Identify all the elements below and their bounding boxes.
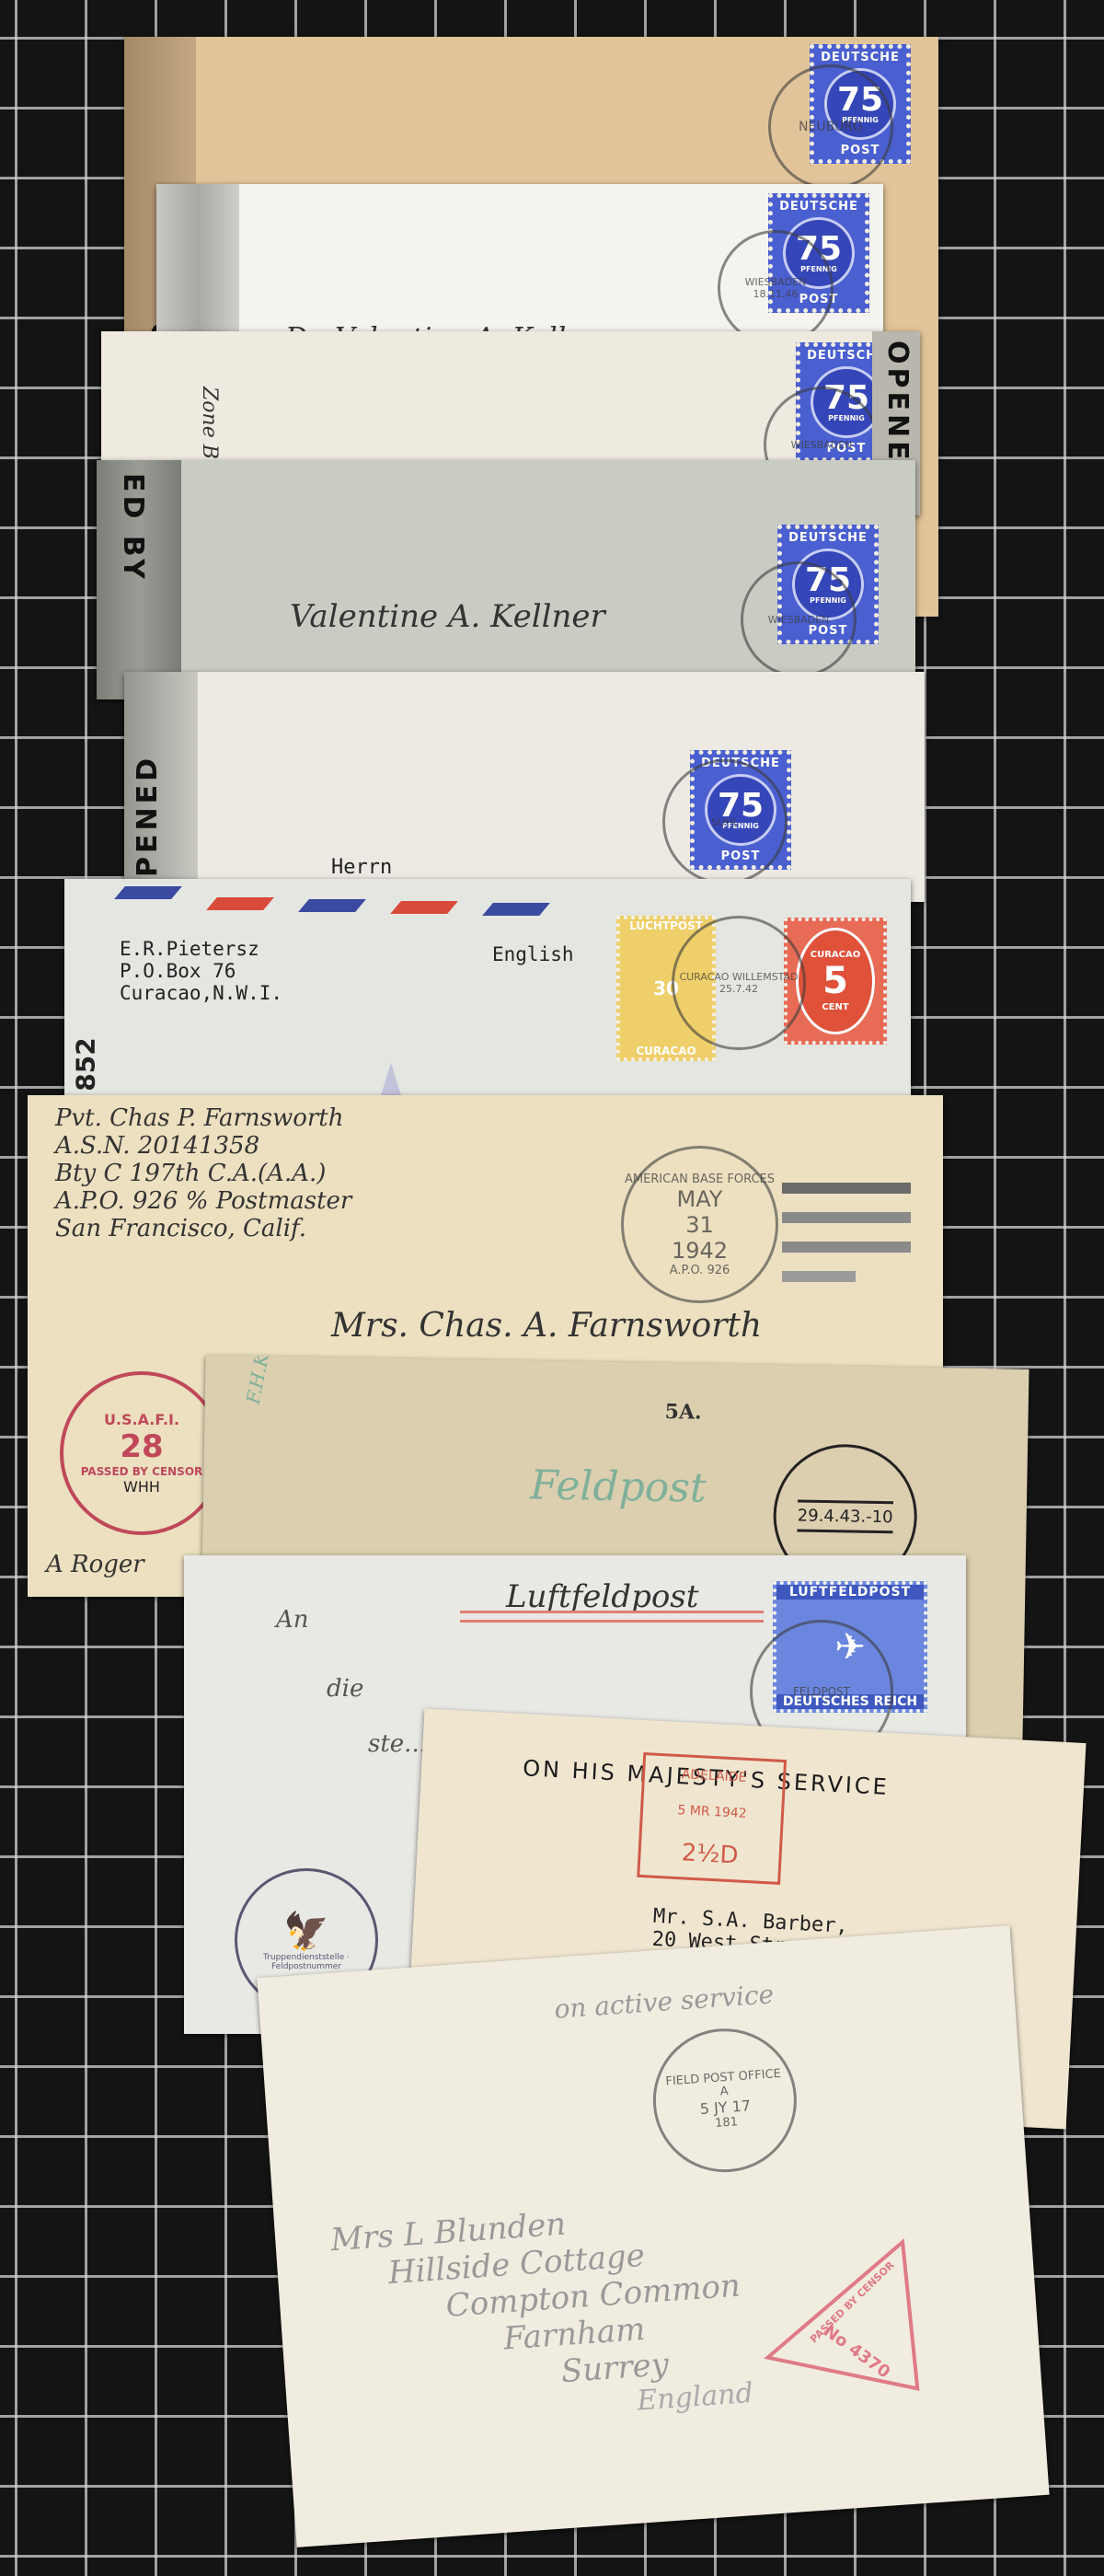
postmark: WIESBADEN18.11.46 <box>718 230 834 346</box>
side-text: F.H.K. <box>242 1355 274 1405</box>
censor-triangle: PASSED BY CENSOR No 4370 <box>755 2236 922 2403</box>
sender-block: Pvt. Chas P. Farnsworth A.S.N. 20141358 … <box>55 1104 351 1242</box>
feldpost-label: Feldpost <box>530 1461 707 1511</box>
meter-frame: ADELAIDE 5 MR 1942 2½D <box>637 1752 787 1885</box>
killer-bars <box>782 1183 911 1282</box>
signature: A Roger <box>46 1551 144 1578</box>
airmail-border <box>64 879 911 903</box>
cover-herrn: OPENED DEUTSCHE 75PFENNIG POST SUHL Herr… <box>124 672 925 902</box>
address: Valentine A. Kellner <box>290 598 605 635</box>
postmark: CURACAO WILLEMSTAD25.7.42 <box>672 916 806 1050</box>
postmark: NEUBURG <box>768 64 893 190</box>
address-block: Mrs L Blunden Hillside Cottage Compton C… <box>329 2193 754 2438</box>
note: English <box>492 943 574 965</box>
address-line-3: ste... <box>368 1730 427 1758</box>
postmark-american-base-forces: AMERICAN BASE FORCES MAY 31 1942 A.P.O. … <box>621 1146 778 1303</box>
side-number: 852 <box>71 1037 101 1091</box>
cover-field-post-office: on active service FIELD POST OFFICE A 5 … <box>257 1925 1049 2547</box>
red-underline <box>460 1611 764 1613</box>
postmark: WIESBADEN <box>741 561 857 677</box>
note: 5A. <box>664 1400 701 1425</box>
address: Mrs. Chas. A. Farnsworth <box>331 1307 762 1345</box>
censor-tape: OPENED <box>124 672 198 902</box>
address-line-2: die <box>327 1675 363 1703</box>
cover-kellner: ED BY DEUTSCHE 75PFENNIG POST WIESBADEN … <box>97 460 915 699</box>
active-service-note: on active service <box>553 1979 775 2025</box>
postmark: SUHL <box>662 759 788 884</box>
address-line-1: An <box>276 1606 309 1634</box>
address: Herrn <box>331 856 392 879</box>
censor-stamp-usafi: U.S.A.F.I. 28 PASSED BY CENSOR WHH <box>60 1371 224 1535</box>
censor-tape: ED BY <box>97 460 181 699</box>
sender-block: E.R.Pietersz P.O.Box 76 Curacao,N.W.I. <box>120 938 282 1004</box>
postmark-field-post-office: FIELD POST OFFICE A 5 JY 17 181 <box>649 2024 802 2177</box>
luftfeldpost-label: Luftfeldpost <box>506 1578 698 1615</box>
